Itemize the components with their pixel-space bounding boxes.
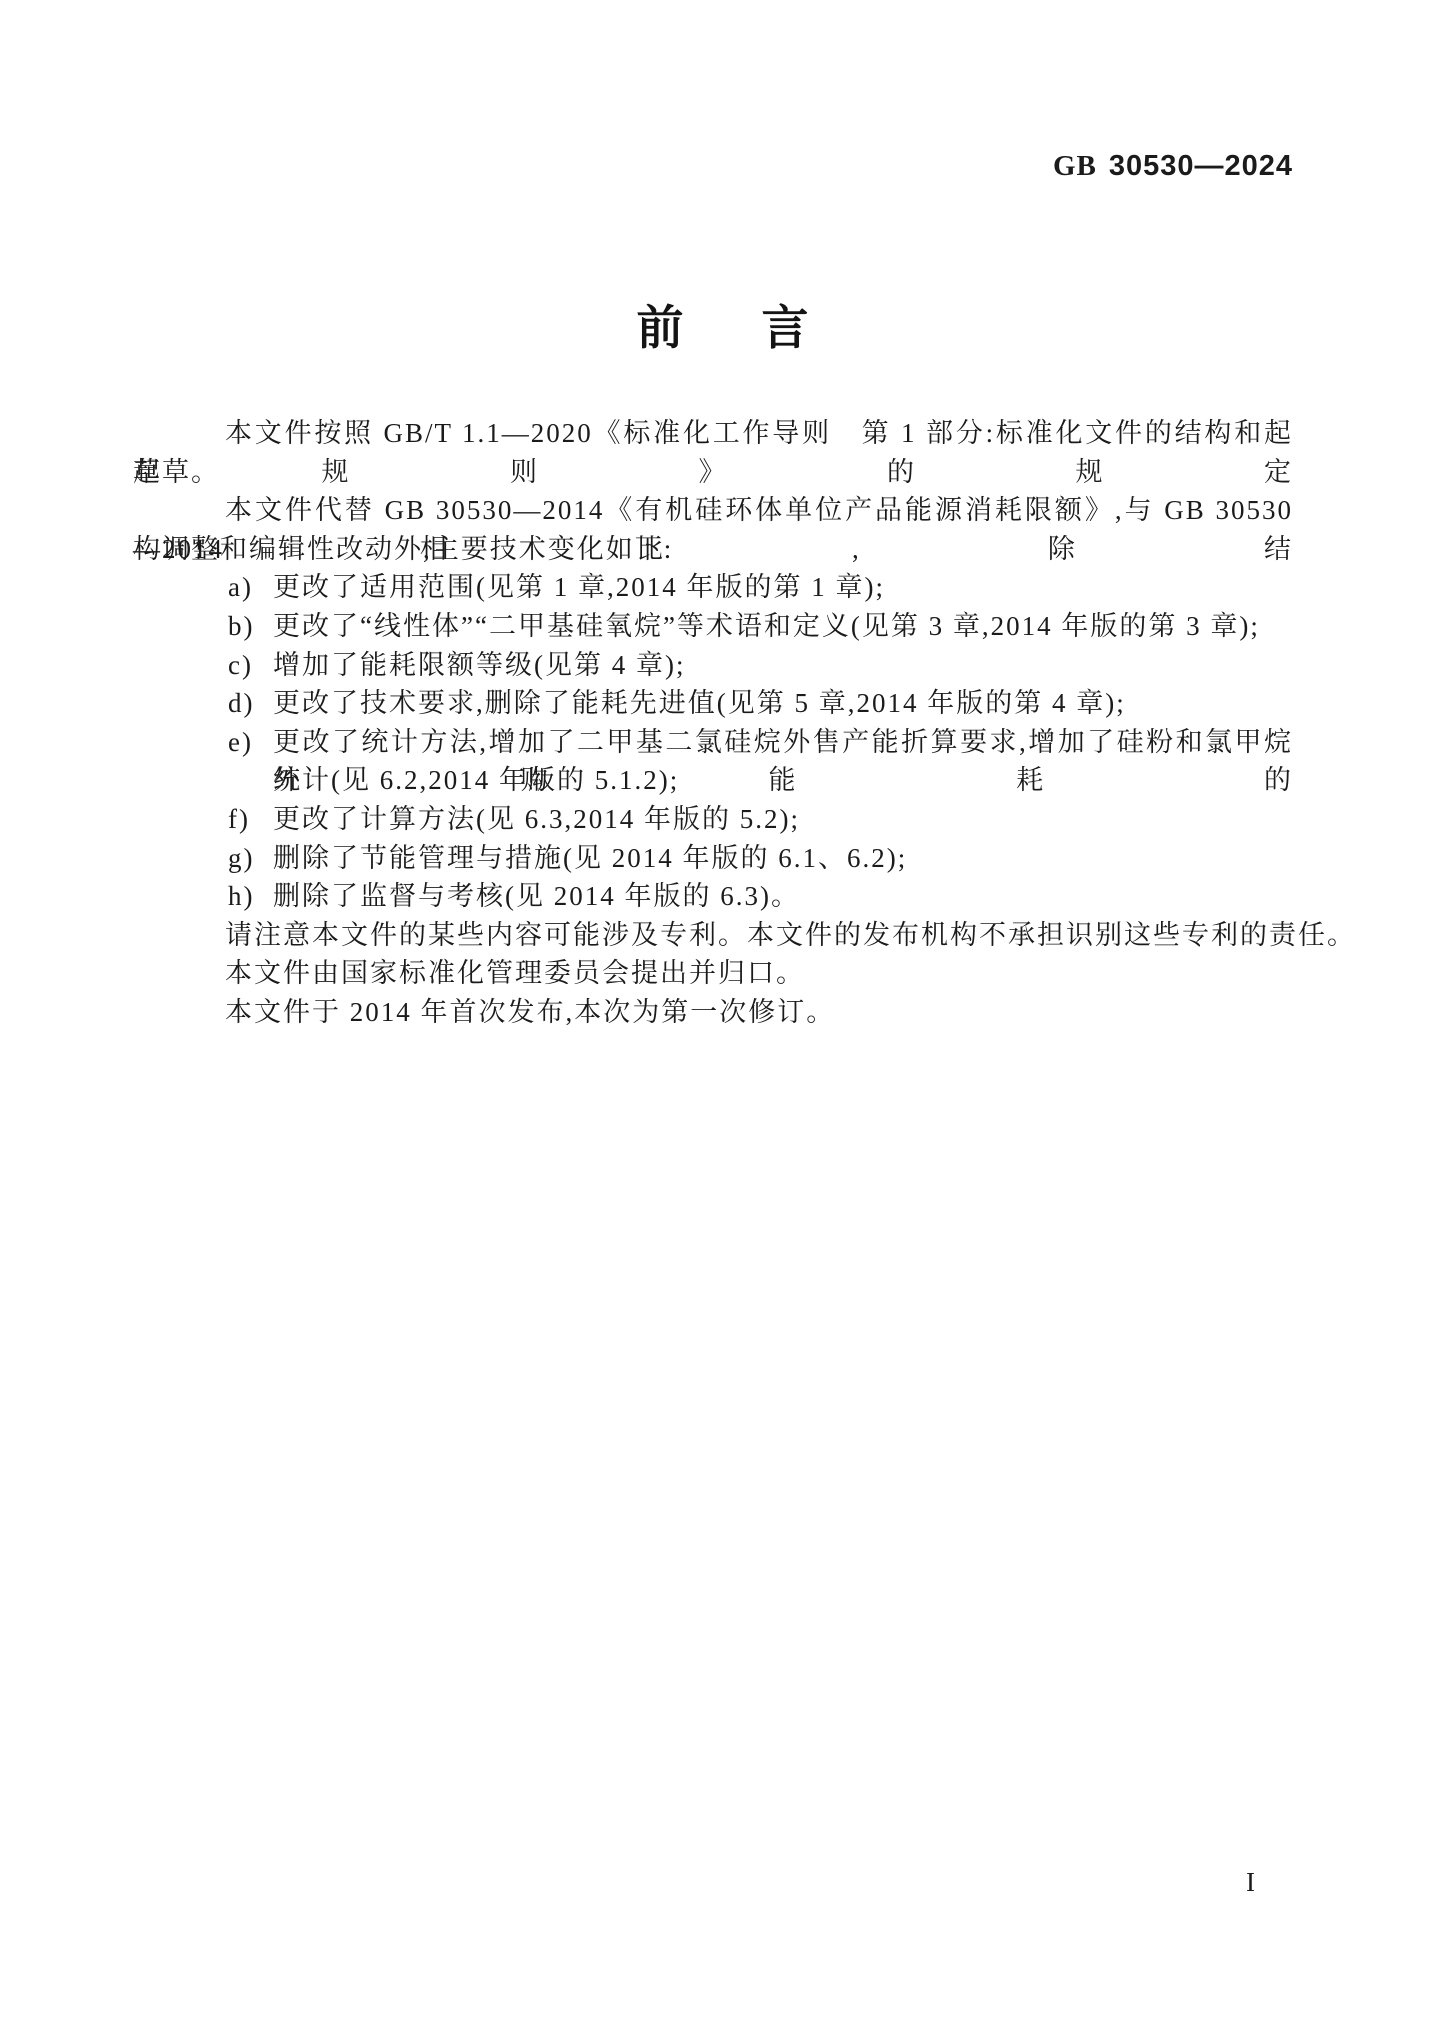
list-marker: d) bbox=[228, 684, 255, 723]
list-line: b)更改了“线性体”“二甲基硅氧烷”等术语和定义(见第 3 章,2014 年版的… bbox=[133, 607, 1293, 646]
text-line: 本文件代替 GB 30530—2014《有机硅环体单位产品能源消耗限额》,与 G… bbox=[133, 491, 1293, 530]
list-marker: f) bbox=[228, 800, 250, 839]
standard-code-prefix: GB bbox=[1053, 150, 1097, 182]
list-marker: e) bbox=[228, 723, 253, 762]
list-marker: a) bbox=[228, 568, 253, 607]
list-marker: h) bbox=[228, 877, 255, 916]
body-lines: 本文件按照 GB/T 1.1—2020《标准化工作导则 第 1 部分:标准化文件… bbox=[133, 414, 1293, 1032]
list-marker: g) bbox=[228, 839, 255, 878]
list-marker: b) bbox=[228, 607, 255, 646]
document-page: GB30530—2024 前言 本文件按照 GB/T 1.1—2020《标准化工… bbox=[0, 0, 1445, 2044]
list-line: 统计(见 6.2,2014 年版的 5.1.2); bbox=[133, 761, 1293, 800]
page-title-char-right: 言 bbox=[762, 301, 809, 354]
text-line: 本文件由国家标准化管理委员会提出并归口。 bbox=[133, 954, 1293, 993]
standard-code: GB30530—2024 bbox=[1053, 150, 1293, 183]
list-line: h)删除了监督与考核(见 2014 年版的 6.3)。 bbox=[133, 877, 1293, 916]
page-title: 前言 bbox=[0, 291, 1445, 358]
text-line: 本文件按照 GB/T 1.1—2020《标准化工作导则 第 1 部分:标准化文件… bbox=[133, 414, 1293, 453]
list-line: c)增加了能耗限额等级(见第 4 章); bbox=[133, 646, 1293, 685]
list-marker: c) bbox=[228, 646, 253, 685]
page-title-char-left: 前 bbox=[637, 301, 684, 354]
list-line: f)更改了计算方法(见 6.3,2014 年版的 5.2); bbox=[133, 800, 1293, 839]
text-line: 本文件于 2014 年首次发布,本次为第一次修订。 bbox=[133, 993, 1293, 1032]
standard-code-number: 30530—2024 bbox=[1109, 150, 1293, 182]
list-line: g)删除了节能管理与措施(见 2014 年版的 6.1、6.2); bbox=[133, 839, 1293, 878]
list-line: e)更改了统计方法,增加了二甲基二氯硅烷外售产能折算要求,增加了硅粉和氯甲烷外购… bbox=[133, 723, 1293, 762]
text-line: 请注意本文件的某些内容可能涉及专利。本文件的发布机构不承担识别这些专利的责任。 bbox=[133, 916, 1293, 955]
list-line: a)更改了适用范围(见第 1 章,2014 年版的第 1 章); bbox=[133, 568, 1293, 607]
list-line: d)更改了技术要求,删除了能耗先进值(见第 5 章,2014 年版的第 4 章)… bbox=[133, 684, 1293, 723]
foreword-body: 本文件按照 GB/T 1.1—2020《标准化工作导则 第 1 部分:标准化文件… bbox=[133, 414, 1293, 1032]
page-number: I bbox=[1246, 1867, 1255, 1898]
